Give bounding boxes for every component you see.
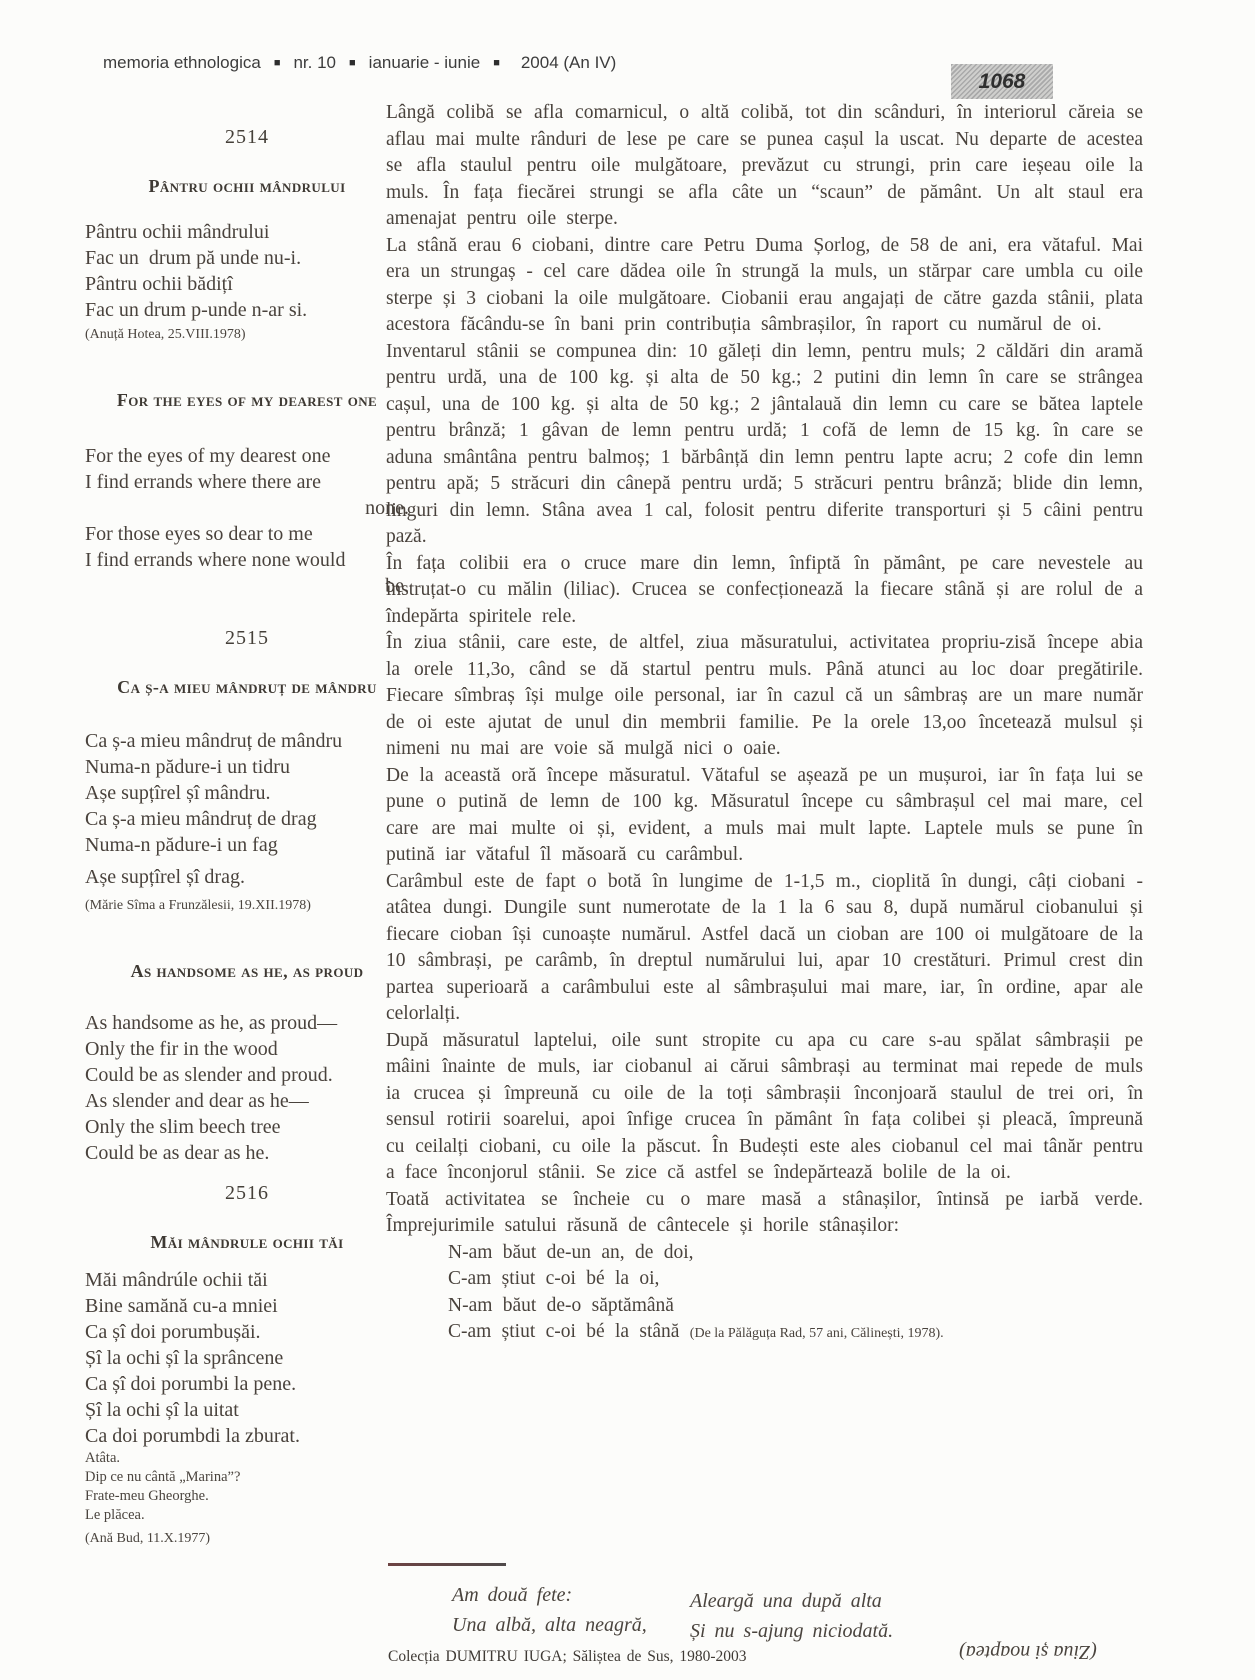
poem-line: Fac un drum p-unde n-ar si. — [85, 297, 409, 323]
article-paragraph: După măsuratul laptelui, oile sunt strop… — [386, 1028, 1143, 1187]
poem-line: Ca ș-a mieu mândruț de drag — [85, 806, 409, 832]
article-paragraph: În fața colibii era o cruce mare din lem… — [386, 551, 1143, 631]
poem-line: For those eyes so dear to me — [85, 521, 409, 547]
poem-line: Pântru ochii bădițî — [85, 271, 409, 297]
poem-attribution: (Anuță Hotea, 25.VIII.1978) — [85, 327, 409, 343]
scanned-journal-page: memoria ethnologica ■ nr. 10 ■ ianuarie … — [0, 0, 1255, 1680]
note-line: Atâta. — [85, 1449, 409, 1468]
separator-square-icon: ■ — [349, 57, 356, 69]
poem-title: Pântru ochii mândrului — [85, 173, 409, 199]
song-verse-line: C-am știut c-oi bé la stână (De la Pălăg… — [386, 1319, 1143, 1348]
separator-square-icon: ■ — [274, 57, 281, 69]
poem-title-english: As handsome as he, as proud — [85, 958, 409, 984]
poem-text: Pântru ochii mândrului Fac un drum pă un… — [85, 219, 409, 323]
poem-line: Only the fir in the wood — [85, 1036, 409, 1062]
poem-title-english: For the eyes of my dearest one — [85, 387, 409, 413]
article-paragraph: În ziua stânii, care este, de altfel, zi… — [386, 630, 1143, 763]
poem-title: Măi mândrule ochii tăi — [85, 1229, 409, 1255]
poem-line: Bine samănă cu-a mniei — [85, 1293, 409, 1319]
poem-line: Ca doi porumbdi la zburat. — [85, 1423, 409, 1449]
poem-line: Șî la ochi șî la sprâncene — [85, 1345, 409, 1371]
issue-period: ianuarie - iunie — [369, 53, 481, 73]
poem-number: 2516 — [85, 1182, 409, 1205]
verse-attribution: (De la Pălăguța Rad, 57 ani, Călinești, … — [690, 1326, 944, 1341]
poem-title: Ca ș-a mieu mândruț de mândru — [85, 674, 409, 700]
poem-line: Șî la ochi șî la uitat — [85, 1397, 409, 1423]
informant-notes: Atâta. Dip ce nu cântă „Marina”? Frate-m… — [85, 1449, 409, 1525]
article-paragraph: Lângă colibă se afla comarnicul, o altă … — [386, 100, 1143, 233]
note-line: Frate-meu Gheorghe. — [85, 1487, 409, 1506]
poem-text: Ca ș-a mieu mândruț de mândru Numa-n păd… — [85, 728, 409, 890]
riddle-line: Una albă, alta neagră, — [452, 1610, 647, 1640]
poem-line: Ca ș-a mieu mândruț de mândru — [85, 728, 409, 754]
riddle-second-half: Aleargă una după alta Și nu s-ajung nici… — [690, 1586, 893, 1646]
poem-line: Numa-n pădure-i un tidru — [85, 754, 409, 780]
poems-column: 2514 Pântru ochii mândrului Pântru ochii… — [85, 114, 409, 1547]
poem-line: be. — [85, 573, 409, 599]
poem-line: Așe supțîrel șî mândru. — [85, 780, 409, 806]
separator-square-icon: ■ — [493, 57, 500, 69]
poem-line: Ca șî doi porumbi la pene. — [85, 1371, 409, 1397]
poem-line: Could be as slender and proud. — [85, 1062, 409, 1088]
poem-line: none. — [85, 495, 409, 521]
article-paragraph: Toată activitatea se încheie cu o mare m… — [386, 1187, 1143, 1240]
poem-line: As handsome as he, as proud— — [85, 1010, 409, 1036]
article-paragraph: La stână erau 6 ciobani, dintre care Pet… — [386, 233, 1143, 339]
poem-attribution: (Ană Bud, 11.X.1977) — [85, 1531, 409, 1547]
issue-year: 2004 (An IV) — [521, 53, 616, 73]
article-paragraph: De la această oră începe măsuratul. Văta… — [386, 763, 1143, 869]
note-line: Le plăcea. — [85, 1506, 409, 1525]
poem-line: Măi mândrúle ochii tăi — [85, 1267, 409, 1293]
page-number-badge: 1068 — [951, 64, 1053, 99]
article-column: Lângă colibă se afla comarnicul, o altă … — [386, 100, 1143, 1348]
song-verse-text: C-am știut c-oi bé la stână — [448, 1321, 679, 1342]
footnote-rule — [388, 1563, 506, 1566]
riddle-line: Am două fete: — [452, 1580, 647, 1610]
poem-line: For the eyes of my dearest one — [85, 443, 409, 469]
poem-line: As slender and dear as he— — [85, 1088, 409, 1114]
song-verse-line: N-am băut de-un an, de doi, — [386, 1240, 1143, 1267]
poem-number: 2515 — [85, 627, 409, 650]
poem-line: I find errands where none would — [85, 547, 409, 573]
riddle-answer-upside-down: (Ziua și noaptea) — [948, 1640, 1108, 1663]
poem-line: Pântru ochii mândrului — [85, 219, 409, 245]
poem-text: Măi mândrúle ochii tăi Bine samănă cu-a … — [85, 1267, 409, 1449]
poem-number: 2514 — [85, 126, 409, 149]
running-head: memoria ethnologica ■ nr. 10 ■ ianuarie … — [103, 53, 629, 73]
poem-line: Only the slim beech tree — [85, 1114, 409, 1140]
riddle-line: Aleargă una după alta — [690, 1586, 893, 1616]
song-verse-line: C-am știut c-oi bé la oi, — [386, 1266, 1143, 1293]
poem-line: I find errands where there are — [85, 469, 409, 495]
poem-text-english: For the eyes of my dearest one I find er… — [85, 443, 409, 599]
note-line: Dip ce nu cântă „Marina”? — [85, 1468, 409, 1487]
riddle-first-half: Am două fete: Una albă, alta neagră, — [452, 1580, 647, 1640]
poem-line: Ca șî doi porumbușăi. — [85, 1319, 409, 1345]
journal-title: memoria ethnologica — [103, 53, 261, 73]
poem-line: Așe supțîrel șî drag. — [85, 864, 409, 890]
article-paragraph: Inventarul stânii se compunea din: 10 gă… — [386, 339, 1143, 551]
issue-number: nr. 10 — [293, 53, 336, 73]
poem-line: Numa-n pădure-i un fag — [85, 832, 409, 858]
poem-line: Fac un drum pă unde nu-i. — [85, 245, 409, 271]
poem-text-english: As handsome as he, as proud— Only the fi… — [85, 1010, 409, 1166]
collection-credit: Colecția DUMITRU IUGA; Săliștea de Sus, … — [388, 1648, 747, 1666]
article-paragraph: Carâmbul este de fapt o botă în lungime … — [386, 869, 1143, 1028]
poem-line: Could be as dear as he. — [85, 1140, 409, 1166]
poem-attribution: (Mărie Sîma a Frunzălesii, 19.XII.1978) — [85, 898, 409, 914]
song-verse-line: N-am băut de-o săptămână — [386, 1293, 1143, 1320]
riddle-line: Și nu s-ajung niciodată. — [690, 1616, 893, 1646]
